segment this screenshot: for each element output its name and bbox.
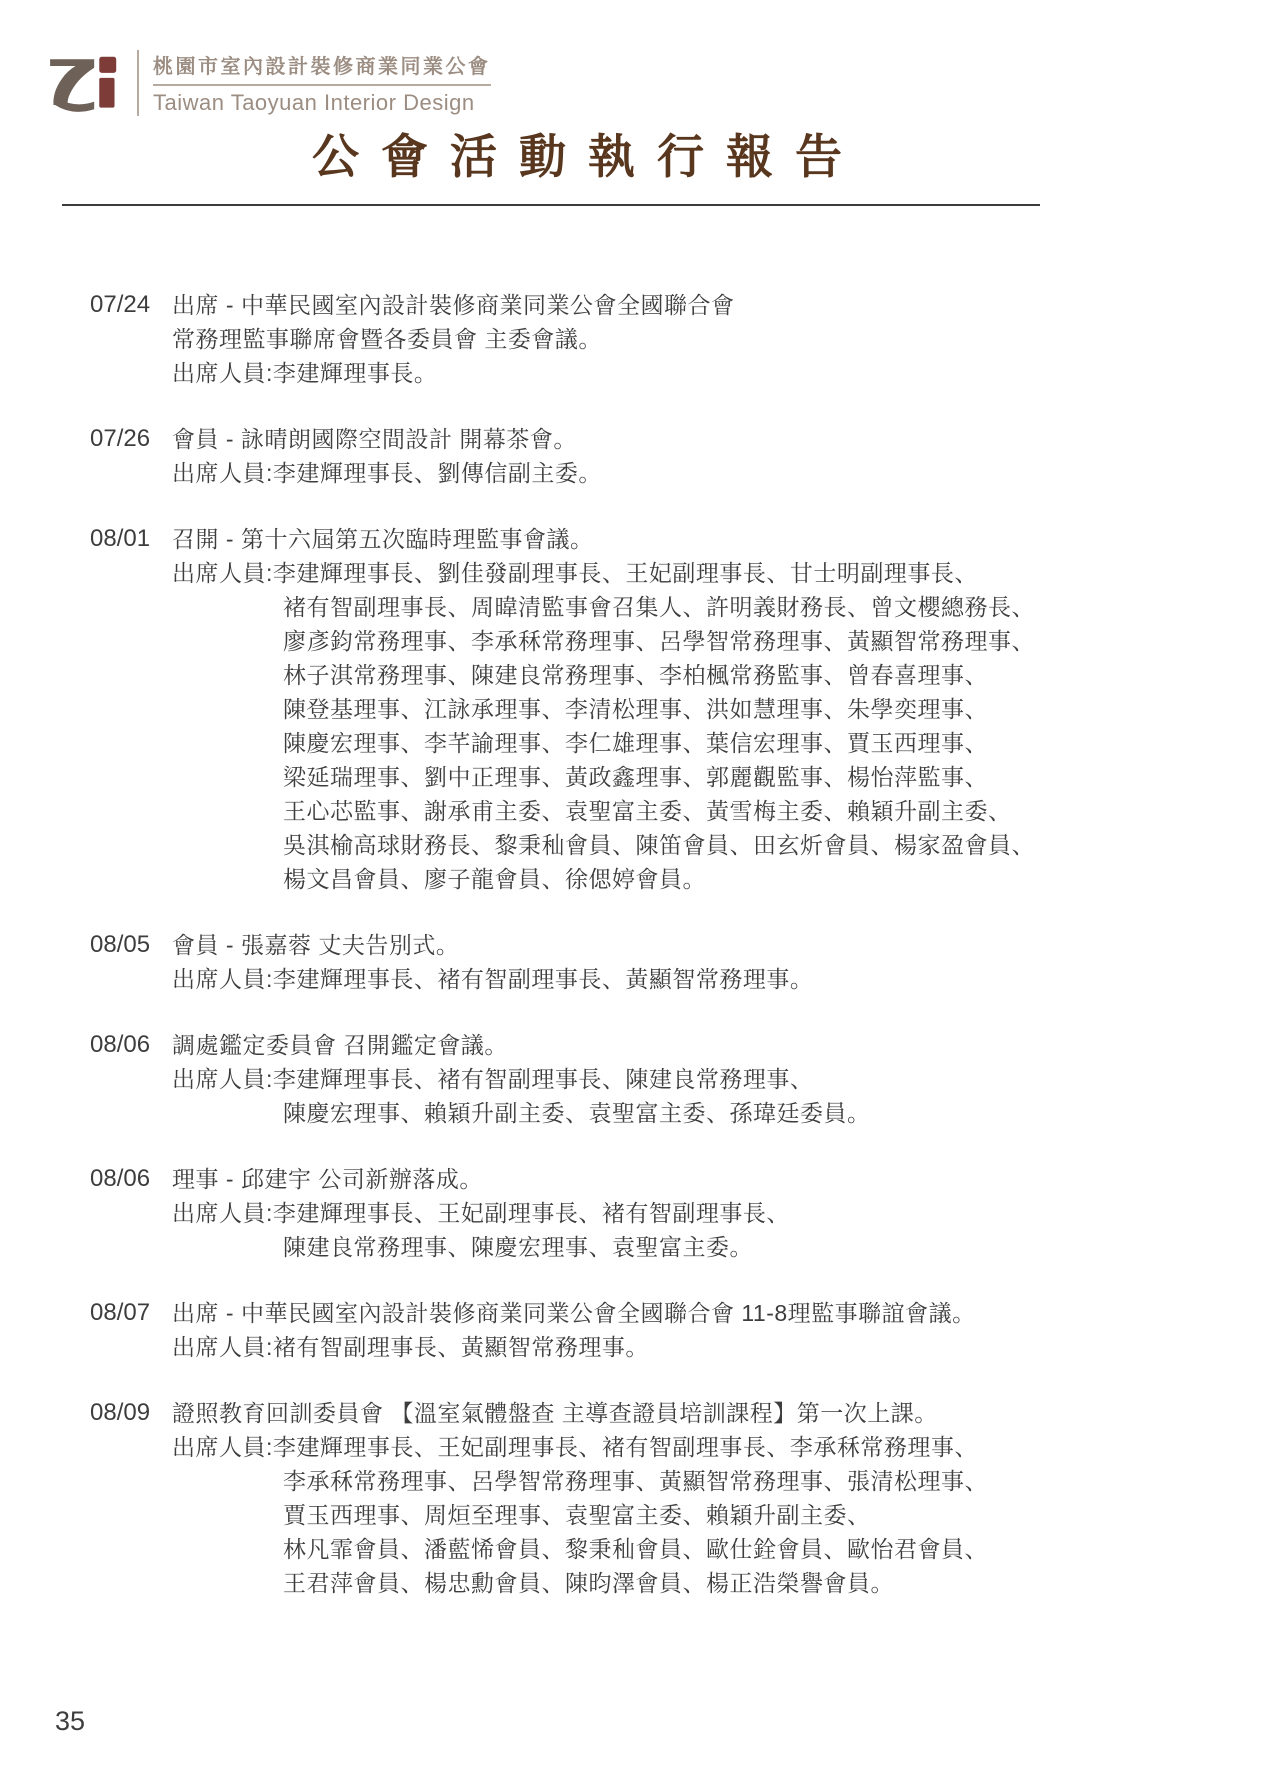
- entry-line: 李承秝常務理事、呂學智常務理事、黃顯智常務理事、張清松理事、: [172, 1464, 1230, 1498]
- entry-line: 出席人員:李建輝理事長、褚有智副理事長、黃顯智常務理事。: [172, 962, 1230, 996]
- entry-content: 理事 - 邱建宇 公司新辦落成。出席人員:李建輝理事長、王妃副理事長、褚有智副理…: [172, 1162, 1230, 1264]
- entry-date: 07/24: [90, 288, 172, 390]
- entry-line: 林子淇常務理事、陳建良常務理事、李柏楓常務監事、曾春喜理事、: [172, 658, 1230, 692]
- title-divider: [62, 204, 1040, 206]
- report-entry: 08/06理事 - 邱建宇 公司新辦落成。出席人員:李建輝理事長、王妃副理事長、…: [90, 1162, 1230, 1264]
- entry-line: 褚有智副理事長、周暐清監事會召集人、許明義財務長、曾文櫻總務長、: [172, 590, 1230, 624]
- report-entry: 08/09證照教育回訓委員會 【溫室氣體盤查 主導查證員培訓課程】第一次上課。出…: [90, 1396, 1230, 1600]
- entry-line: 楊文昌會員、廖子龍會員、徐偲婷會員。: [172, 862, 1230, 896]
- org-name-en: Taiwan Taoyuan Interior Design: [153, 86, 491, 116]
- entry-content: 證照教育回訓委員會 【溫室氣體盤查 主導查證員培訓課程】第一次上課。出席人員:李…: [172, 1396, 1230, 1600]
- entry-line: 出席人員:李建輝理事長、王妃副理事長、褚有智副理事長、李承秝常務理事、: [172, 1430, 1230, 1464]
- entry-date: 08/05: [90, 928, 172, 996]
- entry-date: 08/06: [90, 1028, 172, 1130]
- page-title: 公會活動執行報告: [0, 120, 1176, 187]
- entry-line: 出席人員:李建輝理事長。: [172, 356, 1230, 390]
- entry-content: 會員 - 張嘉蓉 丈夫告別式。出席人員:李建輝理事長、褚有智副理事長、黃顯智常務…: [172, 928, 1230, 996]
- entry-content: 出席 - 中華民國室內設計裝修商業同業公會全國聯合會常務理監事聯席會暨各委員會 …: [172, 288, 1230, 390]
- entry-line: 陳建良常務理事、陳慶宏理事、袁聖富主委。: [172, 1230, 1230, 1264]
- entry-content: 出席 - 中華民國室內設計裝修商業同業公會全國聯合會 11-8理監事聯誼會議。出…: [172, 1296, 1230, 1364]
- entry-line: 調處鑑定委員會 召開鑑定會議。: [172, 1028, 1230, 1062]
- entry-line: 梁延瑞理事、劉中正理事、黃政鑫理事、郭麗觀監事、楊怡萍監事、: [172, 760, 1230, 794]
- org-logo: 桃園市室內設計裝修商業同業公會 Taiwan Taoyuan Interior …: [45, 50, 491, 116]
- entry-line: 出席人員:褚有智副理事長、黃顯智常務理事。: [172, 1330, 1230, 1364]
- report-entry: 07/26會員 - 詠晴朗國際空間設計 開幕茶會。出席人員:李建輝理事長、劉傳信…: [90, 422, 1230, 490]
- entry-line: 陳慶宏理事、李芊諭理事、李仁雄理事、葉信宏理事、賈玉西理事、: [172, 726, 1230, 760]
- logo-text-block: 桃園市室內設計裝修商業同業公會 Taiwan Taoyuan Interior …: [137, 50, 491, 116]
- entry-line: 王心芯監事、謝承甫主委、袁聖富主委、黃雪梅主委、賴穎升副主委、: [172, 794, 1230, 828]
- entry-line: 出席人員:李建輝理事長、劉傳信副主委。: [172, 456, 1230, 490]
- entry-date: 08/09: [90, 1396, 172, 1600]
- entries-list: 07/24出席 - 中華民國室內設計裝修商業同業公會全國聯合會常務理監事聯席會暨…: [90, 288, 1230, 1632]
- entry-line: 吳淇榆高球財務長、黎秉秈會員、陳笛會員、田玄炘會員、楊家盈會員、: [172, 828, 1230, 862]
- entry-line: 陳慶宏理事、賴穎升副主委、袁聖富主委、孫瑋廷委員。: [172, 1096, 1230, 1130]
- entry-line: 理事 - 邱建宇 公司新辦落成。: [172, 1162, 1230, 1196]
- entry-line: 召開 - 第十六屆第五次臨時理監事會議。: [172, 522, 1230, 556]
- entry-content: 召開 - 第十六屆第五次臨時理監事會議。出席人員:李建輝理事長、劉佳發副理事長、…: [172, 522, 1230, 896]
- entry-line: 林凡霏會員、潘藍悕會員、黎秉秈會員、歐仕銓會員、歐怡君會員、: [172, 1532, 1230, 1566]
- entry-date: 07/26: [90, 422, 172, 490]
- report-entry: 08/05會員 - 張嘉蓉 丈夫告別式。出席人員:李建輝理事長、褚有智副理事長、…: [90, 928, 1230, 996]
- entry-line: 證照教育回訓委員會 【溫室氣體盤查 主導查證員培訓課程】第一次上課。: [172, 1396, 1230, 1430]
- entry-content: 調處鑑定委員會 召開鑑定會議。出席人員:李建輝理事長、褚有智副理事長、陳建良常務…: [172, 1028, 1230, 1130]
- entry-line: 出席人員:李建輝理事長、劉佳發副理事長、王妃副理事長、甘士明副理事長、: [172, 556, 1230, 590]
- entry-line: 王君萍會員、楊忠勳會員、陳昀澤會員、楊正浩榮譽會員。: [172, 1566, 1230, 1600]
- entry-line: 出席 - 中華民國室內設計裝修商業同業公會全國聯合會 11-8理監事聯誼會議。: [172, 1296, 1230, 1330]
- logo-mark-icon: [45, 51, 123, 115]
- entry-line: 賈玉西理事、周烜至理事、袁聖富主委、賴穎升副主委、: [172, 1498, 1230, 1532]
- entry-line: 出席人員:李建輝理事長、王妃副理事長、褚有智副理事長、: [172, 1196, 1230, 1230]
- entry-line: 會員 - 詠晴朗國際空間設計 開幕茶會。: [172, 422, 1230, 456]
- entry-line: 出席 - 中華民國室內設計裝修商業同業公會全國聯合會: [172, 288, 1230, 322]
- report-entry: 08/01召開 - 第十六屆第五次臨時理監事會議。出席人員:李建輝理事長、劉佳發…: [90, 522, 1230, 896]
- entry-line: 會員 - 張嘉蓉 丈夫告別式。: [172, 928, 1230, 962]
- page-number: 35: [55, 1706, 85, 1737]
- report-entry: 08/06調處鑑定委員會 召開鑑定會議。出席人員:李建輝理事長、褚有智副理事長、…: [90, 1028, 1230, 1130]
- entry-line: 陳登基理事、江詠承理事、李清松理事、洪如慧理事、朱學奕理事、: [172, 692, 1230, 726]
- report-page: 桃園市室內設計裝修商業同業公會 Taiwan Taoyuan Interior …: [0, 0, 1276, 1790]
- entry-date: 08/07: [90, 1296, 172, 1364]
- entry-line: 常務理監事聯席會暨各委員會 主委會議。: [172, 322, 1230, 356]
- entry-line: 出席人員:李建輝理事長、褚有智副理事長、陳建良常務理事、: [172, 1062, 1230, 1096]
- report-entry: 07/24出席 - 中華民國室內設計裝修商業同業公會全國聯合會常務理監事聯席會暨…: [90, 288, 1230, 390]
- report-entry: 08/07出席 - 中華民國室內設計裝修商業同業公會全國聯合會 11-8理監事聯…: [90, 1296, 1230, 1364]
- org-name-zh: 桃園市室內設計裝修商業同業公會: [153, 50, 491, 86]
- entry-date: 08/01: [90, 522, 172, 896]
- entry-date: 08/06: [90, 1162, 172, 1264]
- entry-content: 會員 - 詠晴朗國際空間設計 開幕茶會。出席人員:李建輝理事長、劉傳信副主委。: [172, 422, 1230, 490]
- entry-line: 廖彥鈞常務理事、李承秝常務理事、呂學智常務理事、黃顯智常務理事、: [172, 624, 1230, 658]
